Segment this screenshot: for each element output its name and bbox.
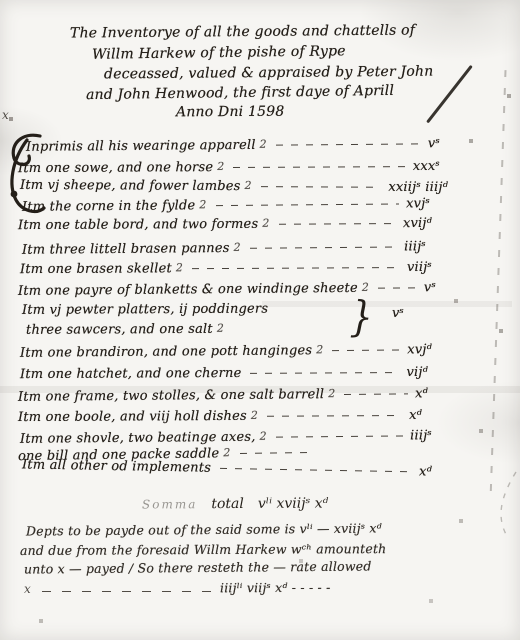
- line-filler: 2: [223, 446, 230, 459]
- line-filler: 2: [328, 387, 335, 400]
- item-text: Itm vj pewter platters, ij poddingers: [22, 302, 268, 318]
- header-line: The Inventorye of all the goods and chat…: [70, 22, 415, 41]
- item-value: xvjᵈ: [407, 342, 432, 357]
- fold-crease: [489, 70, 506, 500]
- inventory-line: Inprimis all his wearinge apparell 2 vˢ: [26, 136, 440, 155]
- item-value: xᵈ: [419, 464, 432, 479]
- inventory-line: Itm one brasen skellet 2 viijˢ: [20, 260, 432, 277]
- footer-amount: iiijˡⁱ viijˢ xᵈ - - - - -: [220, 580, 331, 596]
- inventory-line: Itm one hatchet, and one cherne vijᵈ: [20, 365, 428, 382]
- dash-leader: [42, 591, 214, 592]
- brace-mark: }: [349, 296, 373, 339]
- footer-line: and due from the foresaid Willm Harkew w…: [20, 541, 386, 558]
- item-value: vˢ: [392, 306, 404, 321]
- dash-leader: [267, 415, 402, 417]
- line-filler: 2: [199, 198, 206, 211]
- dash-leader: [250, 372, 399, 374]
- dash-leader: [279, 223, 396, 225]
- header-text: The Inventorye of all the goods and chat…: [70, 22, 415, 41]
- inventory-line: Itm one table bord, and two formes 2 xvi…: [18, 216, 432, 233]
- item-text: Itm one brasen skellet: [20, 261, 172, 277]
- total-prefix: Somma: [142, 497, 197, 511]
- dash-leader: [250, 246, 397, 248]
- dash-leader: [220, 468, 412, 472]
- item-text: Itm one brandiron, and one pott hanginge…: [20, 343, 312, 361]
- header-text: deceassed, valued & appraised by Peter J…: [104, 64, 434, 83]
- item-text: Itm vj sheepe, and fower lambes: [20, 178, 241, 194]
- item-value: iiijˢ: [404, 239, 426, 254]
- margin-mark: x: [2, 108, 9, 122]
- inventory-line: Itm the corne in the fylde 2 xvjˢ: [22, 196, 430, 215]
- item-text: Itm three littell brasen pannes: [22, 241, 230, 258]
- item-text: Itm all other od implements: [22, 457, 211, 475]
- footer-mark: x: [24, 582, 31, 596]
- inventory-line: Itm vj pewter platters, ij poddingers: [22, 301, 342, 318]
- header-line: and John Henwood, the first daye of Apri…: [86, 83, 394, 103]
- line-filler: 2: [316, 343, 323, 356]
- inventory-line: Itm one brandiron, and one pott hanginge…: [20, 342, 432, 361]
- item-text: Itm one payre of blanketts & one winding…: [18, 281, 358, 299]
- footer-text: unto x — payed / So there resteth the — …: [24, 558, 372, 576]
- inventory-line: Itm one sowe, and one horse 2 xxxˢ: [18, 159, 440, 176]
- item-value: iiijˢ: [410, 428, 432, 443]
- header-line: Willm Harkew of the pishe of Rype: [92, 43, 346, 63]
- line-filler: 2: [176, 261, 183, 274]
- dash-leader: [240, 452, 311, 454]
- header-date-line: Anno Dni 1598: [176, 104, 285, 121]
- item-text: three sawcers, and one salt: [26, 322, 213, 338]
- dash-leader: [276, 143, 421, 145]
- header-text: Willm Harkew of the pishe of Rype: [92, 43, 346, 63]
- inventory-line: Itm one frame, two stolles, & one salt b…: [18, 386, 428, 405]
- item-text: Itm one hatchet, and one cherne: [20, 366, 242, 382]
- crease-curve: [470, 470, 520, 540]
- item-value: vˢ: [428, 136, 440, 151]
- header-text: and John Henwood, the first daye of Apri…: [86, 83, 394, 103]
- item-value: xxxˢ: [413, 159, 440, 174]
- total-label: total: [211, 496, 244, 512]
- item-value: xvjˢ: [406, 196, 430, 211]
- total-value: vˡⁱ xviijˢ xᵈ: [258, 496, 328, 512]
- dash-leader: [378, 287, 417, 288]
- item-text: Itm one shovle, two beatinge axes,: [20, 430, 256, 447]
- header-date: Anno Dni 1598: [176, 104, 285, 121]
- item-text: Itm one sowe, and one horse: [18, 160, 213, 176]
- line-filler: 2: [234, 241, 241, 254]
- line-filler: 2: [245, 179, 252, 192]
- total-row: Somma total vˡⁱ xviijˢ xᵈ: [142, 496, 328, 513]
- item-value: vˢ: [424, 280, 436, 295]
- item-text: Itm one boole, and viij holl dishes: [18, 409, 247, 425]
- paper-specks: [0, 0, 2, 2]
- inventory-line: Itm one shovle, two beatinge axes, 2 iii…: [20, 428, 432, 447]
- dash-leader: [216, 203, 400, 206]
- dash-leader: [192, 267, 400, 269]
- item-value: xᵈ: [409, 408, 422, 423]
- line-filler: 2: [217, 160, 224, 173]
- dash-leader: [233, 166, 405, 168]
- footer-line: Depts to be payde out of the said some i…: [26, 520, 382, 538]
- document-page: The Inventorye of all the goods and chat…: [0, 0, 520, 640]
- dash-leader: [332, 349, 400, 351]
- item-value: vijᵈ: [406, 365, 428, 380]
- item-text: Inprimis all his wearinge apparell: [26, 138, 256, 155]
- item-text: Itm one table bord, and two formes: [18, 217, 258, 233]
- dash-leader: [276, 435, 403, 437]
- inventory-line: Itm three littell brasen pannes 2 iiijˢ: [22, 239, 426, 258]
- line-filler: 2: [262, 217, 269, 230]
- line-filler: 2: [260, 138, 267, 151]
- item-text: Itm one frame, two stolles, & one salt b…: [18, 387, 324, 405]
- inventory-line: Itm vj sheepe, and fower lambes 2 xxiijˢ…: [20, 178, 448, 195]
- inventory-line: three sawcers, and one salt 2: [26, 321, 326, 338]
- line-filler: 2: [259, 430, 266, 443]
- item-text: Itm the corne in the fylde: [22, 198, 195, 215]
- dash-leader: [261, 186, 382, 188]
- item-value: xxiijˢ iiijᵈ: [388, 180, 448, 195]
- footer-line: unto x — payed / So there resteth the — …: [24, 558, 372, 576]
- item-value: xᵈ: [415, 386, 428, 401]
- inventory-line: Itm all other od implements xᵈ: [22, 457, 432, 479]
- item-value: viijˢ: [407, 260, 432, 275]
- footer-text: and due from the foresaid Willm Harkew w…: [20, 541, 386, 558]
- footer-amount-line: iiijˡⁱ viijˢ xᵈ - - - - -: [220, 580, 331, 596]
- line-filler: 2: [251, 409, 258, 422]
- dash-leader: [344, 393, 408, 395]
- inventory-line: Itm one boole, and viij holl dishes 2 xᵈ: [18, 408, 422, 425]
- line-filler: 2: [217, 322, 224, 335]
- header-line: deceassed, valued & appraised by Peter J…: [104, 64, 434, 83]
- footer-text: Depts to be payde out of the said some i…: [26, 520, 382, 538]
- item-value: xvijᵈ: [403, 216, 432, 231]
